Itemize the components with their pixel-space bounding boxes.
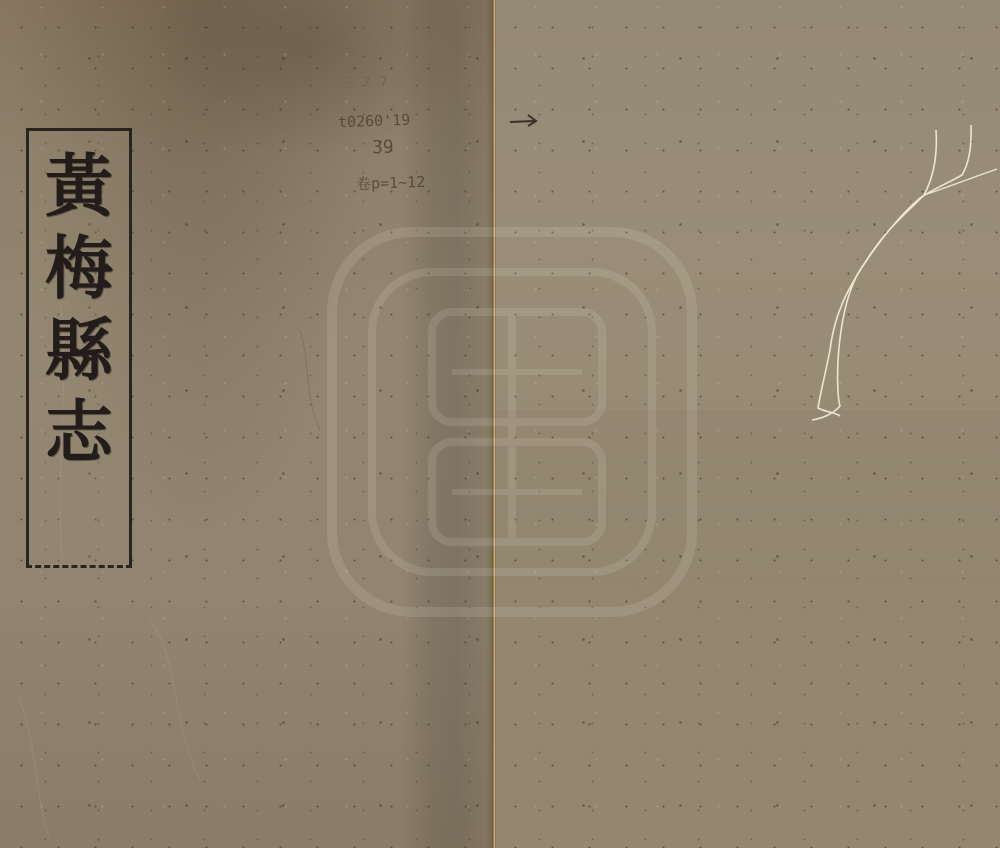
left-cover-page: 黃 梅 縣 志 三 7 7 t0260'19 39 卷p=1~12 [0, 0, 494, 848]
book-cover-spread: 黃 梅 縣 志 三 7 7 t0260'19 39 卷p=1~12 [0, 0, 1000, 848]
title-char-xian: 縣 [45, 313, 113, 389]
title-char-zhi: 志 [45, 395, 113, 471]
title-char-huang: 黃 [45, 149, 113, 225]
faint-pencil-note: 三 7 7 [340, 71, 388, 93]
paper-texture [494, 0, 1000, 848]
right-cover-page [494, 0, 1000, 848]
book-title: 黃 梅 縣 志 [29, 149, 129, 471]
arrow-mark-icon [506, 112, 546, 130]
volume-number-note: 39 [372, 137, 394, 159]
binding-seam [492, 0, 496, 848]
title-char-mei: 梅 [45, 231, 113, 307]
page-range-note: 卷p=1~12 [356, 171, 426, 194]
catalog-number-note: t0260'19 [338, 111, 411, 132]
title-slip: 黃 梅 縣 志 [26, 128, 132, 568]
